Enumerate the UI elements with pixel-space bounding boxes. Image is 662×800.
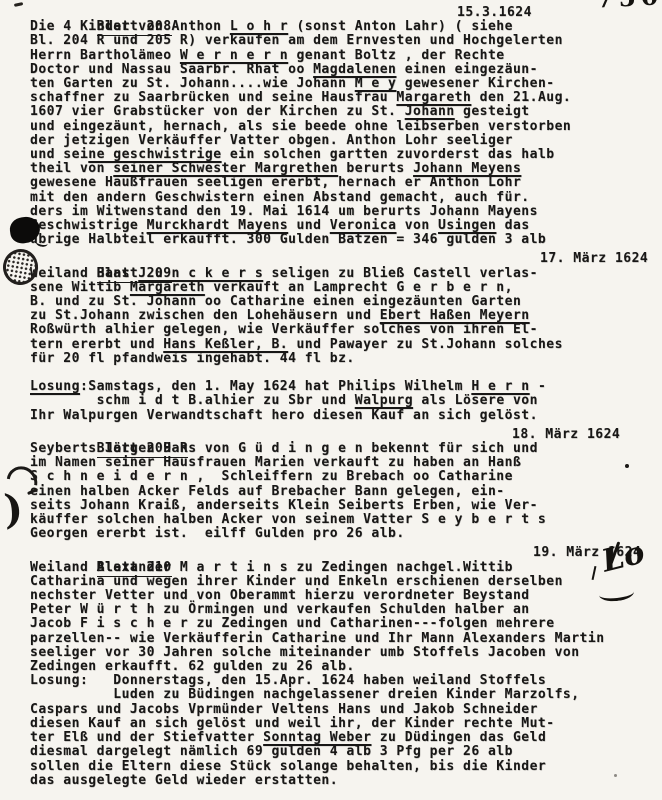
scanned-document-page: Blatt 208 15.3.1624 Die 4 Kinder von Ant…: [0, 0, 662, 800]
text-line: im Namen seiner Hausfrauen Marien verkau…: [30, 456, 662, 470]
text-line: der jetzigen Verkäuffer Vatter obgen. An…: [30, 134, 662, 148]
text-line: tern ererbt und Hans Keßler, B. und Pawa…: [30, 338, 662, 352]
text-line: und seine geschwistrige ein solchen gart…: [30, 148, 662, 162]
text-line: Losung: Donnerstags, den 15.Apr. 1624 ha…: [30, 674, 662, 688]
text-line: Losung:Samstags, den 1. May 1624 hat Phi…: [30, 380, 662, 394]
text-line: schaffner zu Saarbrücken und seine Hausf…: [30, 91, 662, 105]
text-line: sene Wittib Margareth verkauft an Lampre…: [30, 281, 662, 295]
text-line: theil von seiner Schwester Margrethen be…: [30, 162, 662, 176]
text-line: für 20 fl pfandweis ingehabt. 44 fl bz.: [30, 352, 662, 366]
section-heading: Blatt 209: [97, 266, 172, 283]
text-line: sollen die Eltern diese Stück solange be…: [30, 760, 662, 774]
section-header: Blatt 210 19. März 1624: [30, 546, 662, 560]
section-heading: Blatt 208: [97, 19, 172, 36]
stray-dot-faint: [614, 774, 617, 777]
text-line: Bl. 204 R und 205 R) verkaufen am dem Er…: [30, 34, 662, 48]
text-line: Luden zu Büdingen nachgelassener dreien …: [30, 688, 662, 702]
section-body: Weiland Alexander M a r t i n s zu Zedin…: [30, 561, 662, 788]
text-line: ter Elß und der Stiefvatter Sonntag Webe…: [30, 731, 662, 745]
section-date: 18. März 1624: [512, 428, 620, 442]
section-blatt-208: Blatt 208 15.3.1624 Die 4 Kinder von Ant…: [30, 6, 662, 247]
text-line: Georgen ererbt ist. eilff Gulden pro 26 …: [30, 527, 662, 541]
text-line: 1607 vier Grabstücker von der Kirchen zu…: [30, 105, 662, 119]
text-line: übrige Halbteil erkaufft. 300 Gulden Bat…: [30, 233, 662, 247]
text-line: [30, 366, 662, 380]
text-line: Jacob F i s c h e r zu Zedingen und Cath…: [30, 617, 662, 631]
text-line: Peter W ü r t h zu Örmingen und verkaufe…: [30, 603, 662, 617]
text-line: S c h n e i d e r n , Schleiffern zu Bre…: [30, 470, 662, 484]
text-line: Catharina und wegen ihrer Kinder und Enk…: [30, 575, 662, 589]
section-heading: Blatt 209 R: [97, 441, 189, 458]
text-line: ten Garten zu St. Johann....wie Johann M…: [30, 77, 662, 91]
text-line: zu St.Johann zwischen den Lohehäusern un…: [30, 309, 662, 323]
text-line: diesen Kauf an sich gelöst und weil ihr,…: [30, 717, 662, 731]
stray-dot: [625, 464, 629, 468]
section-blatt-210: Blatt 210 19. März 1624 Weiland Alexande…: [30, 546, 662, 787]
text-line: gewesene Haußfrauen seeligen ererbt, her…: [30, 176, 662, 190]
text-line: Herrn Bartholämeo W e r n e r n genant B…: [30, 49, 662, 63]
typewritten-text-block: Blatt 208 15.3.1624 Die 4 Kinder von Ant…: [0, 0, 662, 800]
section-body: Die 4 Kinder von Anthon L o h r (sonst A…: [30, 20, 662, 247]
section-date: 17. März 1624: [540, 252, 648, 266]
section-body: Weiland Hans J u n c k e r s seligen zu …: [30, 267, 662, 423]
section-header: Blatt 209 R 18. März 1624: [30, 428, 662, 442]
text-line: seits Johann Kraiß, anderseits Klein Sei…: [30, 499, 662, 513]
section-heading: Blatt 210: [97, 560, 172, 577]
text-line: und eingezäunt, hernach, als sie beede o…: [30, 120, 662, 134]
text-line: einen halben Acker Felds auf Brebacher B…: [30, 485, 662, 499]
text-line: Geschwistrige Murckhardt Mayens und Vero…: [30, 219, 662, 233]
section-header: Blatt 208 15.3.1624: [30, 6, 662, 20]
text-line: diesmal dargelegt nämlich 69 gulden 4 al…: [30, 745, 662, 759]
section-date: 15.3.1624: [457, 6, 532, 20]
text-line: mit den andern Geschwistern einen Abstan…: [30, 191, 662, 205]
cut-off-corner-number: 750: [596, 0, 660, 9]
text-line: parzellen-- wie Verkäufferin Catharine u…: [30, 632, 662, 646]
text-line: Ihr Walpurgen Verwandtschaft hero diesen…: [30, 409, 662, 423]
section-header: Blatt 209 17. März 1624: [30, 252, 662, 266]
text-line: Caspars und Jacobs Vprmünder Veltens Han…: [30, 703, 662, 717]
section-blatt-209r: Blatt 209 R 18. März 1624 Seyberts Jörge…: [30, 428, 662, 542]
section-blatt-209: Blatt 209 17. März 1624 Weiland Hans J u…: [30, 252, 662, 422]
text-line: käuffer solchen halben Acker von seinem …: [30, 513, 662, 527]
text-line: seeliger vor 30 Jahren solche miteinande…: [30, 646, 662, 660]
text-line: Roßwürth alhier gelegen, wie Verkäuffer …: [30, 323, 662, 337]
text-line: ders im Witwenstand den 19. Mai 1614 um …: [30, 205, 662, 219]
text-line: das ausgelegte Geld wieder erstatten.: [30, 774, 662, 788]
pen-paren-mark: ): [2, 487, 24, 532]
text-line: schm i d t B.alhier zu Sbr und Walpurg a…: [30, 394, 662, 408]
text-line: Doctor und Nassau Saarbr. Rhat oo Magdal…: [30, 63, 662, 77]
text-line: Zedingen erkaufft. 62 gulden zu 26 alb.: [30, 660, 662, 674]
text-line: B. und zu St. Johann oo Catharine einen …: [30, 295, 662, 309]
